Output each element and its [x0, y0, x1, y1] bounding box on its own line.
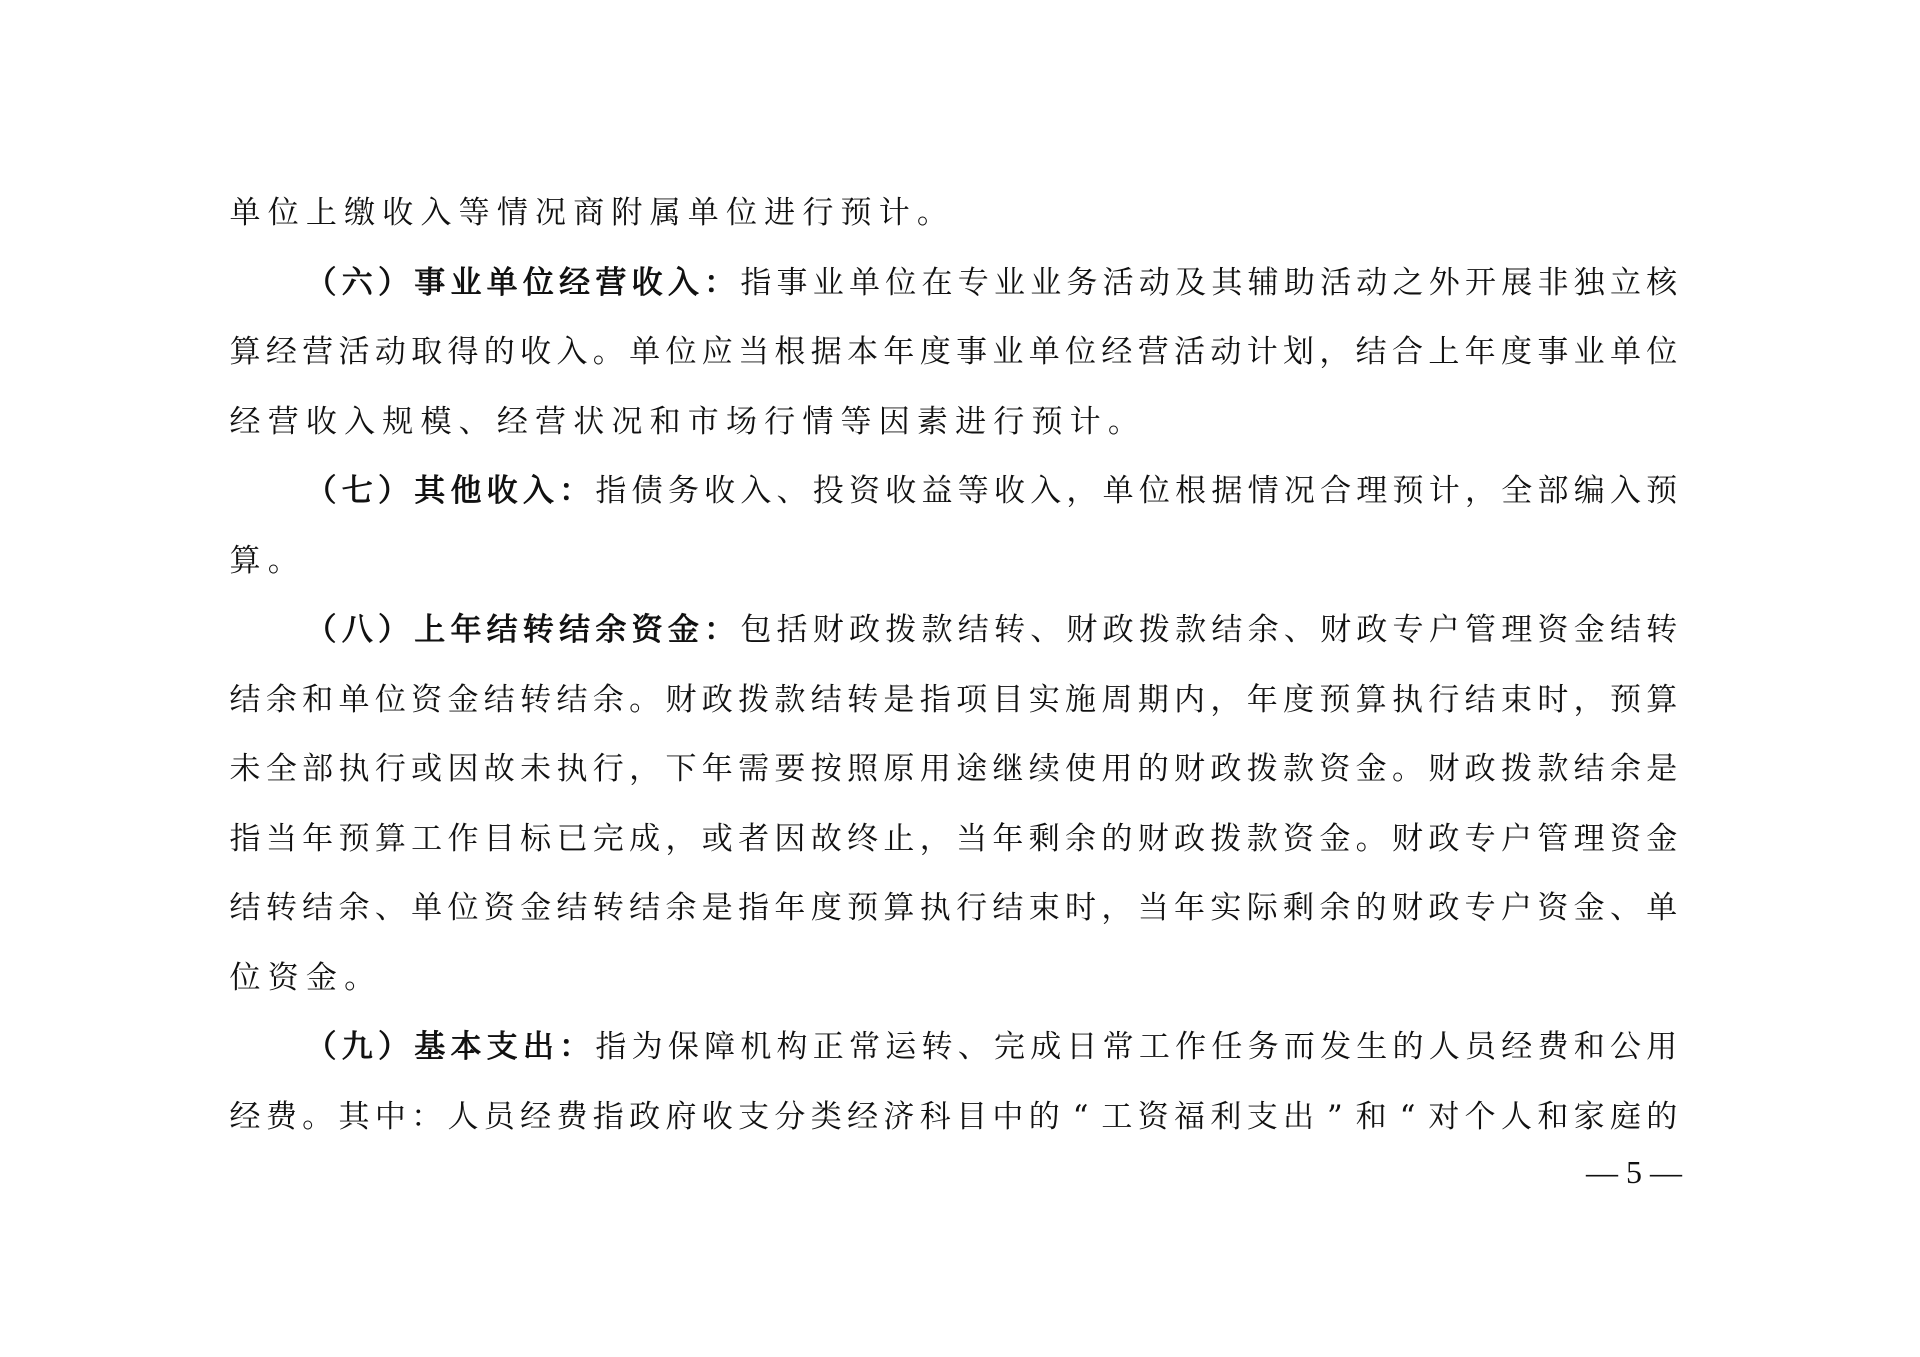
body-char: 动 [374, 329, 406, 375]
body-char: 营 [302, 329, 334, 375]
body-char: 支 [738, 1094, 770, 1140]
body-char: 预 [840, 190, 872, 236]
body-char: 府 [665, 1094, 697, 1140]
body-char: 人 [1428, 1024, 1460, 1070]
body-char: 部 [1537, 468, 1569, 514]
heading-char: 入 [667, 260, 699, 306]
text-line: 单位上缴收入等情况商附属单位进行预计。 [229, 190, 1678, 260]
body-char: 转 [265, 885, 297, 931]
body-char: 预 [1609, 677, 1641, 723]
body-char: 活 [1320, 260, 1352, 306]
body-char: 年 [1464, 329, 1496, 375]
body-char: 和 [1355, 1094, 1387, 1140]
heading-char: 收 [631, 260, 663, 306]
body-char: 为 [631, 1024, 663, 1070]
body-char: 和 [1537, 1094, 1569, 1140]
body-char: ， [1101, 885, 1133, 931]
body-char: 指 [592, 1094, 624, 1140]
body-char: 预 [1392, 468, 1424, 514]
body-char: “ [1065, 1094, 1097, 1140]
body-char: 资 [483, 885, 515, 931]
body-char: 目 [956, 1094, 988, 1140]
body-char: 收 [701, 1094, 733, 1140]
body-char: 计 [878, 190, 910, 236]
body-char: 辅 [1247, 260, 1279, 306]
heading-char: 事 [414, 260, 446, 306]
body-char: 目 [992, 677, 1024, 723]
body-char: 结 [1464, 677, 1496, 723]
body-char: 营 [535, 399, 567, 445]
body-char: 资 [1283, 816, 1315, 862]
text-line: 位资金。 [229, 955, 1678, 1025]
body-char: 度 [1500, 329, 1532, 375]
body-char: 经 [1101, 329, 1133, 375]
heading-char: ： [559, 1024, 591, 1070]
body-char: 发 [1320, 1024, 1352, 1070]
body-char: 、 [374, 885, 406, 931]
body-char: 理 [1573, 816, 1605, 862]
body-char: 续 [1028, 746, 1060, 792]
page-number: — 5 — [1582, 1152, 1682, 1192]
body-char: 动 [1210, 329, 1242, 375]
body-char: 情 [802, 399, 834, 445]
text-line: （八）上年结转结余资金：包括财政拨款结转、财政拨款结余、财政专户管理资金结转 [229, 607, 1678, 677]
body-char: 金 [305, 955, 337, 1001]
body-char: 款 [1175, 607, 1207, 653]
heading-char: 九 [341, 1024, 373, 1070]
heading-char: 入 [522, 468, 554, 514]
body-char: 况 [611, 399, 643, 445]
body-char: 政 [1174, 816, 1206, 862]
body-char: 、 [1283, 607, 1315, 653]
body-char: 场 [725, 399, 757, 445]
heading-char: 八 [341, 607, 373, 653]
heading-char: （ [305, 607, 337, 653]
body-char: 专 [1464, 816, 1496, 862]
body-char: 结 [1355, 329, 1387, 375]
body-char: 。 [267, 538, 299, 584]
body-char: 位 [374, 677, 406, 723]
body-char: 营 [1137, 329, 1169, 375]
body-char: ， [1319, 329, 1351, 375]
body-char: 预 [1319, 677, 1351, 723]
body-char: 。 [1392, 746, 1424, 792]
body-char: 人 [447, 1094, 479, 1140]
body-char: “ [1392, 1094, 1424, 1140]
body-char: 转 [520, 677, 552, 723]
body-char: 财 [1320, 607, 1352, 653]
body-char: 拨 [1138, 607, 1170, 653]
body-char: 未 [520, 746, 552, 792]
body-char: 当 [738, 329, 770, 375]
body-char: 收 [305, 399, 337, 445]
body-char: 财 [1392, 816, 1424, 862]
body-char: 业 [992, 329, 1024, 375]
body-char: 收 [993, 468, 1025, 514]
heading-char: 六 [341, 260, 373, 306]
body-char: 运 [885, 1024, 917, 1070]
body-char: 。 [1355, 816, 1387, 862]
heading-char: 出 [522, 1024, 554, 1070]
body-char: 计 [1428, 468, 1460, 514]
body-char: 模 [420, 399, 452, 445]
body-char: 专 [957, 260, 989, 306]
body-char: 行 [764, 399, 796, 445]
body-char: 入 [1609, 468, 1641, 514]
body-char: 预 [1646, 468, 1678, 514]
document-page: 单位上缴收入等情况商附属单位进行预计。（六）事业单位经营收入：指事业单位在专业业… [0, 0, 1920, 1357]
body-char: 位 [1138, 468, 1170, 514]
body-char: 政 [629, 1094, 661, 1140]
body-char: 原 [883, 746, 915, 792]
body-char: 下 [665, 746, 697, 792]
body-char: 拨 [1210, 816, 1242, 862]
body-char: 债 [631, 468, 663, 514]
body-char: 款 [921, 607, 953, 653]
body-char: 收 [885, 468, 917, 514]
body-char: 当 [265, 816, 297, 862]
body-char: 开 [1465, 260, 1497, 306]
heading-char: 转 [522, 607, 554, 653]
body-char: 户 [1500, 885, 1532, 931]
body-char: 、 [1609, 885, 1641, 931]
body-char: 。 [629, 677, 661, 723]
body-char: 的 [1137, 746, 1169, 792]
body-char: 单 [849, 260, 881, 306]
body-char: 资 [1137, 1094, 1169, 1140]
body-char: 其 [338, 1094, 370, 1140]
body-char: 位 [665, 329, 697, 375]
body-char: 需 [738, 746, 770, 792]
body-char: 完 [993, 1024, 1025, 1070]
body-char: 收 [704, 468, 736, 514]
body-char: 剩 [1283, 885, 1315, 931]
body-char: 金 [1573, 607, 1605, 653]
body-char: 状 [573, 399, 605, 445]
body-char: 余 [1247, 607, 1279, 653]
body-char: 工 [1138, 1024, 1170, 1070]
body-char: 财 [1174, 746, 1206, 792]
body-char: 非 [1537, 260, 1569, 306]
heading-char: 结 [559, 607, 591, 653]
body-char: 缴 [344, 190, 376, 236]
body-char: 务 [667, 468, 699, 514]
body-char: ： [411, 1094, 443, 1140]
body-char: ， [665, 816, 697, 862]
body-char: 应 [701, 329, 733, 375]
heading-char: （ [305, 1024, 337, 1070]
body-char: 取 [411, 329, 443, 375]
body-char: 包 [740, 607, 772, 653]
text-line: 未全部执行或因故未执行，下年需要按照原用途继续使用的财政拨款资金。财政拨款结余是 [229, 746, 1678, 816]
body-char: 进 [764, 190, 796, 236]
body-char: 拨 [885, 607, 917, 653]
text-line: （七）其他收入：指债务收入、投资收益等收入，单位根据情况合理预计，全部编入预 [229, 468, 1678, 538]
heading-char: 其 [414, 468, 446, 514]
body-char: 实 [1210, 885, 1242, 931]
body-char: ， [1465, 468, 1497, 514]
body-char: 经 [229, 399, 261, 445]
body-char: 科 [919, 1094, 951, 1140]
body-char: 、 [458, 399, 490, 445]
body-char: 期 [1137, 677, 1169, 723]
body-char: 政 [1102, 607, 1134, 653]
heading-char: 余 [595, 607, 627, 653]
body-char: 入 [344, 399, 376, 445]
body-char: 障 [704, 1024, 736, 1070]
body-char: 指 [738, 885, 770, 931]
body-char: 因 [447, 746, 479, 792]
body-char: 完 [592, 816, 624, 862]
body-char: 动 [1138, 260, 1170, 306]
body-char: 单 [229, 190, 261, 236]
body-char: 照 [847, 746, 879, 792]
text-line: 结余和单位资金结转结余。财政拨款结转是指项目实施周期内，年度预算执行结束时，预算 [229, 677, 1678, 747]
body-char: 算 [229, 538, 261, 584]
heading-char: ： [559, 468, 591, 514]
body-char: 故 [483, 746, 515, 792]
body-char: 款 [774, 677, 806, 723]
body-char: 位 [885, 260, 917, 306]
body-char: 财 [1066, 607, 1098, 653]
body-char: 理 [1501, 607, 1533, 653]
body-char: 政 [1210, 746, 1242, 792]
body-char: 情 [1247, 468, 1279, 514]
body-char: 况 [1283, 468, 1315, 514]
body-char: 指 [595, 1024, 627, 1070]
body-char: 庭 [1609, 1094, 1641, 1140]
heading-char: ： [704, 260, 736, 306]
body-char: 当 [956, 816, 988, 862]
body-char: 机 [740, 1024, 772, 1070]
body-char: 收 [520, 329, 552, 375]
heading-char: ） [377, 468, 409, 514]
heading-char: （ [305, 260, 337, 306]
body-char: 业 [993, 260, 1025, 306]
body-char: 的 [1355, 885, 1387, 931]
heading-char: 位 [522, 260, 554, 306]
body-char: 余 [1319, 885, 1351, 931]
body-char: 。 [916, 190, 948, 236]
body-char: 金 [1646, 816, 1678, 862]
document-body: 单位上缴收入等情况商附属单位进行预计。（六）事业单位经营收入：指事业单位在专业业… [229, 190, 1678, 1163]
body-char: 款 [1537, 746, 1569, 792]
body-char: 用 [919, 746, 951, 792]
body-char: 余 [665, 885, 697, 931]
body-char: 业 [812, 260, 844, 306]
body-char: 和 [1573, 1024, 1605, 1070]
body-char: 算 [374, 816, 406, 862]
body-char: 属 [649, 190, 681, 236]
body-char: 中 [992, 1094, 1024, 1140]
heading-char: ） [377, 1024, 409, 1070]
text-line: 经营收入规模、经营状况和市场行情等因素进行预计。 [229, 399, 1678, 469]
body-char: 部 [302, 746, 334, 792]
body-char: 单 [1646, 885, 1678, 931]
body-char: 核 [1646, 260, 1678, 306]
body-char: ” [1319, 1094, 1351, 1140]
body-char: 算 [883, 885, 915, 931]
body-char: 出 [1283, 1094, 1315, 1140]
body-char: 度 [919, 329, 951, 375]
heading-char: 上 [414, 607, 446, 653]
body-char: 之 [1392, 260, 1424, 306]
body-char: 、 [957, 1024, 989, 1070]
body-char: 余 [1065, 816, 1097, 862]
body-char: 的 [483, 329, 515, 375]
body-char: 任 [1211, 1024, 1243, 1070]
text-line: （九）基本支出：指为保障机构正常运转、完成日常工作任务而发生的人员经费和公用 [229, 1024, 1678, 1094]
body-char: 按 [810, 746, 842, 792]
body-char: 事 [776, 260, 808, 306]
text-line: 算。 [229, 538, 1678, 608]
body-char: 经 [520, 1094, 552, 1140]
body-char: 资 [849, 468, 881, 514]
body-char: 标 [520, 816, 552, 862]
body-char: 执 [556, 746, 588, 792]
body-char: 年 [992, 816, 1024, 862]
body-char: 员 [483, 1094, 515, 1140]
body-char: 内 [1174, 677, 1206, 723]
body-char: 转 [993, 607, 1025, 653]
body-char: 时 [1537, 677, 1569, 723]
body-char: 规 [382, 399, 414, 445]
body-char: 因 [878, 399, 910, 445]
body-char: 结 [1609, 607, 1641, 653]
body-char: 经 [847, 1094, 879, 1140]
body-char: 行 [592, 746, 624, 792]
heading-char: 营 [595, 260, 627, 306]
body-char: 及 [1175, 260, 1207, 306]
body-char: 金 [1573, 885, 1605, 931]
body-char: 况 [535, 190, 567, 236]
body-char: 时 [1065, 885, 1097, 931]
body-char: 项 [956, 677, 988, 723]
body-char: 是 [701, 885, 733, 931]
body-char: 的 [1028, 1094, 1060, 1140]
body-char: 年 [774, 885, 806, 931]
body-char: 指 [740, 260, 772, 306]
body-char: 经 [229, 1094, 261, 1140]
body-char: 收 [382, 190, 414, 236]
body-char: 户 [1428, 607, 1460, 653]
body-char: 当 [1137, 885, 1169, 931]
body-char: 度 [1283, 677, 1315, 723]
body-char: 结 [556, 885, 588, 931]
body-char: 余 [1609, 746, 1641, 792]
text-line: 经费。其中：人员经费指政府收支分类经济科目中的“工资福利支出”和“对个人和家庭的 [229, 1094, 1678, 1164]
body-char: 用 [1101, 746, 1133, 792]
body-char: 财 [812, 607, 844, 653]
body-char: 政 [701, 677, 733, 723]
body-char: 划 [1283, 329, 1315, 375]
heading-char: 资 [631, 607, 663, 653]
body-char: 金 [1319, 816, 1351, 862]
body-char: 资 [411, 677, 443, 723]
body-char: 员 [1465, 1024, 1497, 1070]
body-char: 的 [1101, 816, 1133, 862]
body-char: 附 [611, 190, 643, 236]
body-char: 预 [338, 816, 370, 862]
body-char: 合 [1392, 329, 1424, 375]
body-char: 管 [1537, 816, 1569, 862]
body-char: 业 [1030, 260, 1062, 306]
body-char: 成 [629, 816, 661, 862]
body-char: 是 [883, 677, 915, 723]
body-char: 业 [1573, 329, 1605, 375]
body-char: 构 [776, 1024, 808, 1070]
body-char: 生 [1356, 1024, 1388, 1070]
body-char: 理 [1356, 468, 1388, 514]
body-char: 剩 [1028, 816, 1060, 862]
body-char: 资 [1319, 746, 1351, 792]
body-char: 个 [1464, 1094, 1496, 1140]
body-char: 束 [1500, 677, 1532, 723]
heading-char: 年 [450, 607, 482, 653]
body-char: 日 [1066, 1024, 1098, 1070]
body-char: 支 [1246, 1094, 1278, 1140]
heading-char: 业 [450, 260, 482, 306]
body-char: 使 [1065, 746, 1097, 792]
body-char: 事 [956, 329, 988, 375]
body-char: 已 [556, 816, 588, 862]
body-char: 和 [649, 399, 681, 445]
heading-char: 单 [486, 260, 518, 306]
body-char: 指 [229, 816, 261, 862]
heading-char: 收 [486, 468, 518, 514]
text-line: 指当年预算工作目标已完成，或者因故终止，当年剩余的财政拨款资金。财政专户管理资金 [229, 816, 1678, 886]
body-char: 作 [1175, 1024, 1207, 1070]
body-char: 位 [725, 190, 757, 236]
body-char: 对 [1428, 1094, 1460, 1140]
body-char: 济 [883, 1094, 915, 1140]
body-char: 单 [1609, 329, 1641, 375]
body-char: 活 [1174, 329, 1206, 375]
body-char: 专 [1464, 885, 1496, 931]
body-char: 周 [1101, 677, 1133, 723]
body-char: 和 [302, 677, 334, 723]
body-char: 户 [1500, 816, 1532, 862]
body-char: 位 [447, 885, 479, 931]
body-char: 款 [1246, 816, 1278, 862]
body-char: 公 [1609, 1024, 1641, 1070]
body-char: 市 [687, 399, 719, 445]
body-char: 据 [810, 329, 842, 375]
body-char: 执 [1392, 677, 1424, 723]
body-char: 利 [1210, 1094, 1242, 1140]
body-char: 。 [1107, 399, 1139, 445]
body-char: 等 [458, 190, 490, 236]
body-char: 本 [847, 329, 879, 375]
body-char: 年 [883, 329, 915, 375]
body-char: 分 [774, 1094, 806, 1140]
body-char: 位 [267, 190, 299, 236]
body-char: 继 [992, 746, 1024, 792]
body-char: 、 [776, 468, 808, 514]
body-char: 资 [1609, 816, 1641, 862]
body-char: 故 [810, 816, 842, 862]
body-char: 指 [595, 468, 627, 514]
body-char: 结 [302, 885, 334, 931]
body-char: 算 [229, 329, 261, 375]
body-char: ， [629, 746, 661, 792]
body-char: 括 [776, 607, 808, 653]
body-char: 入 [1030, 468, 1062, 514]
body-char: 立 [1609, 260, 1641, 306]
body-char: 际 [1246, 885, 1278, 931]
body-char: ， [919, 816, 951, 862]
body-char: 活 [1102, 260, 1134, 306]
